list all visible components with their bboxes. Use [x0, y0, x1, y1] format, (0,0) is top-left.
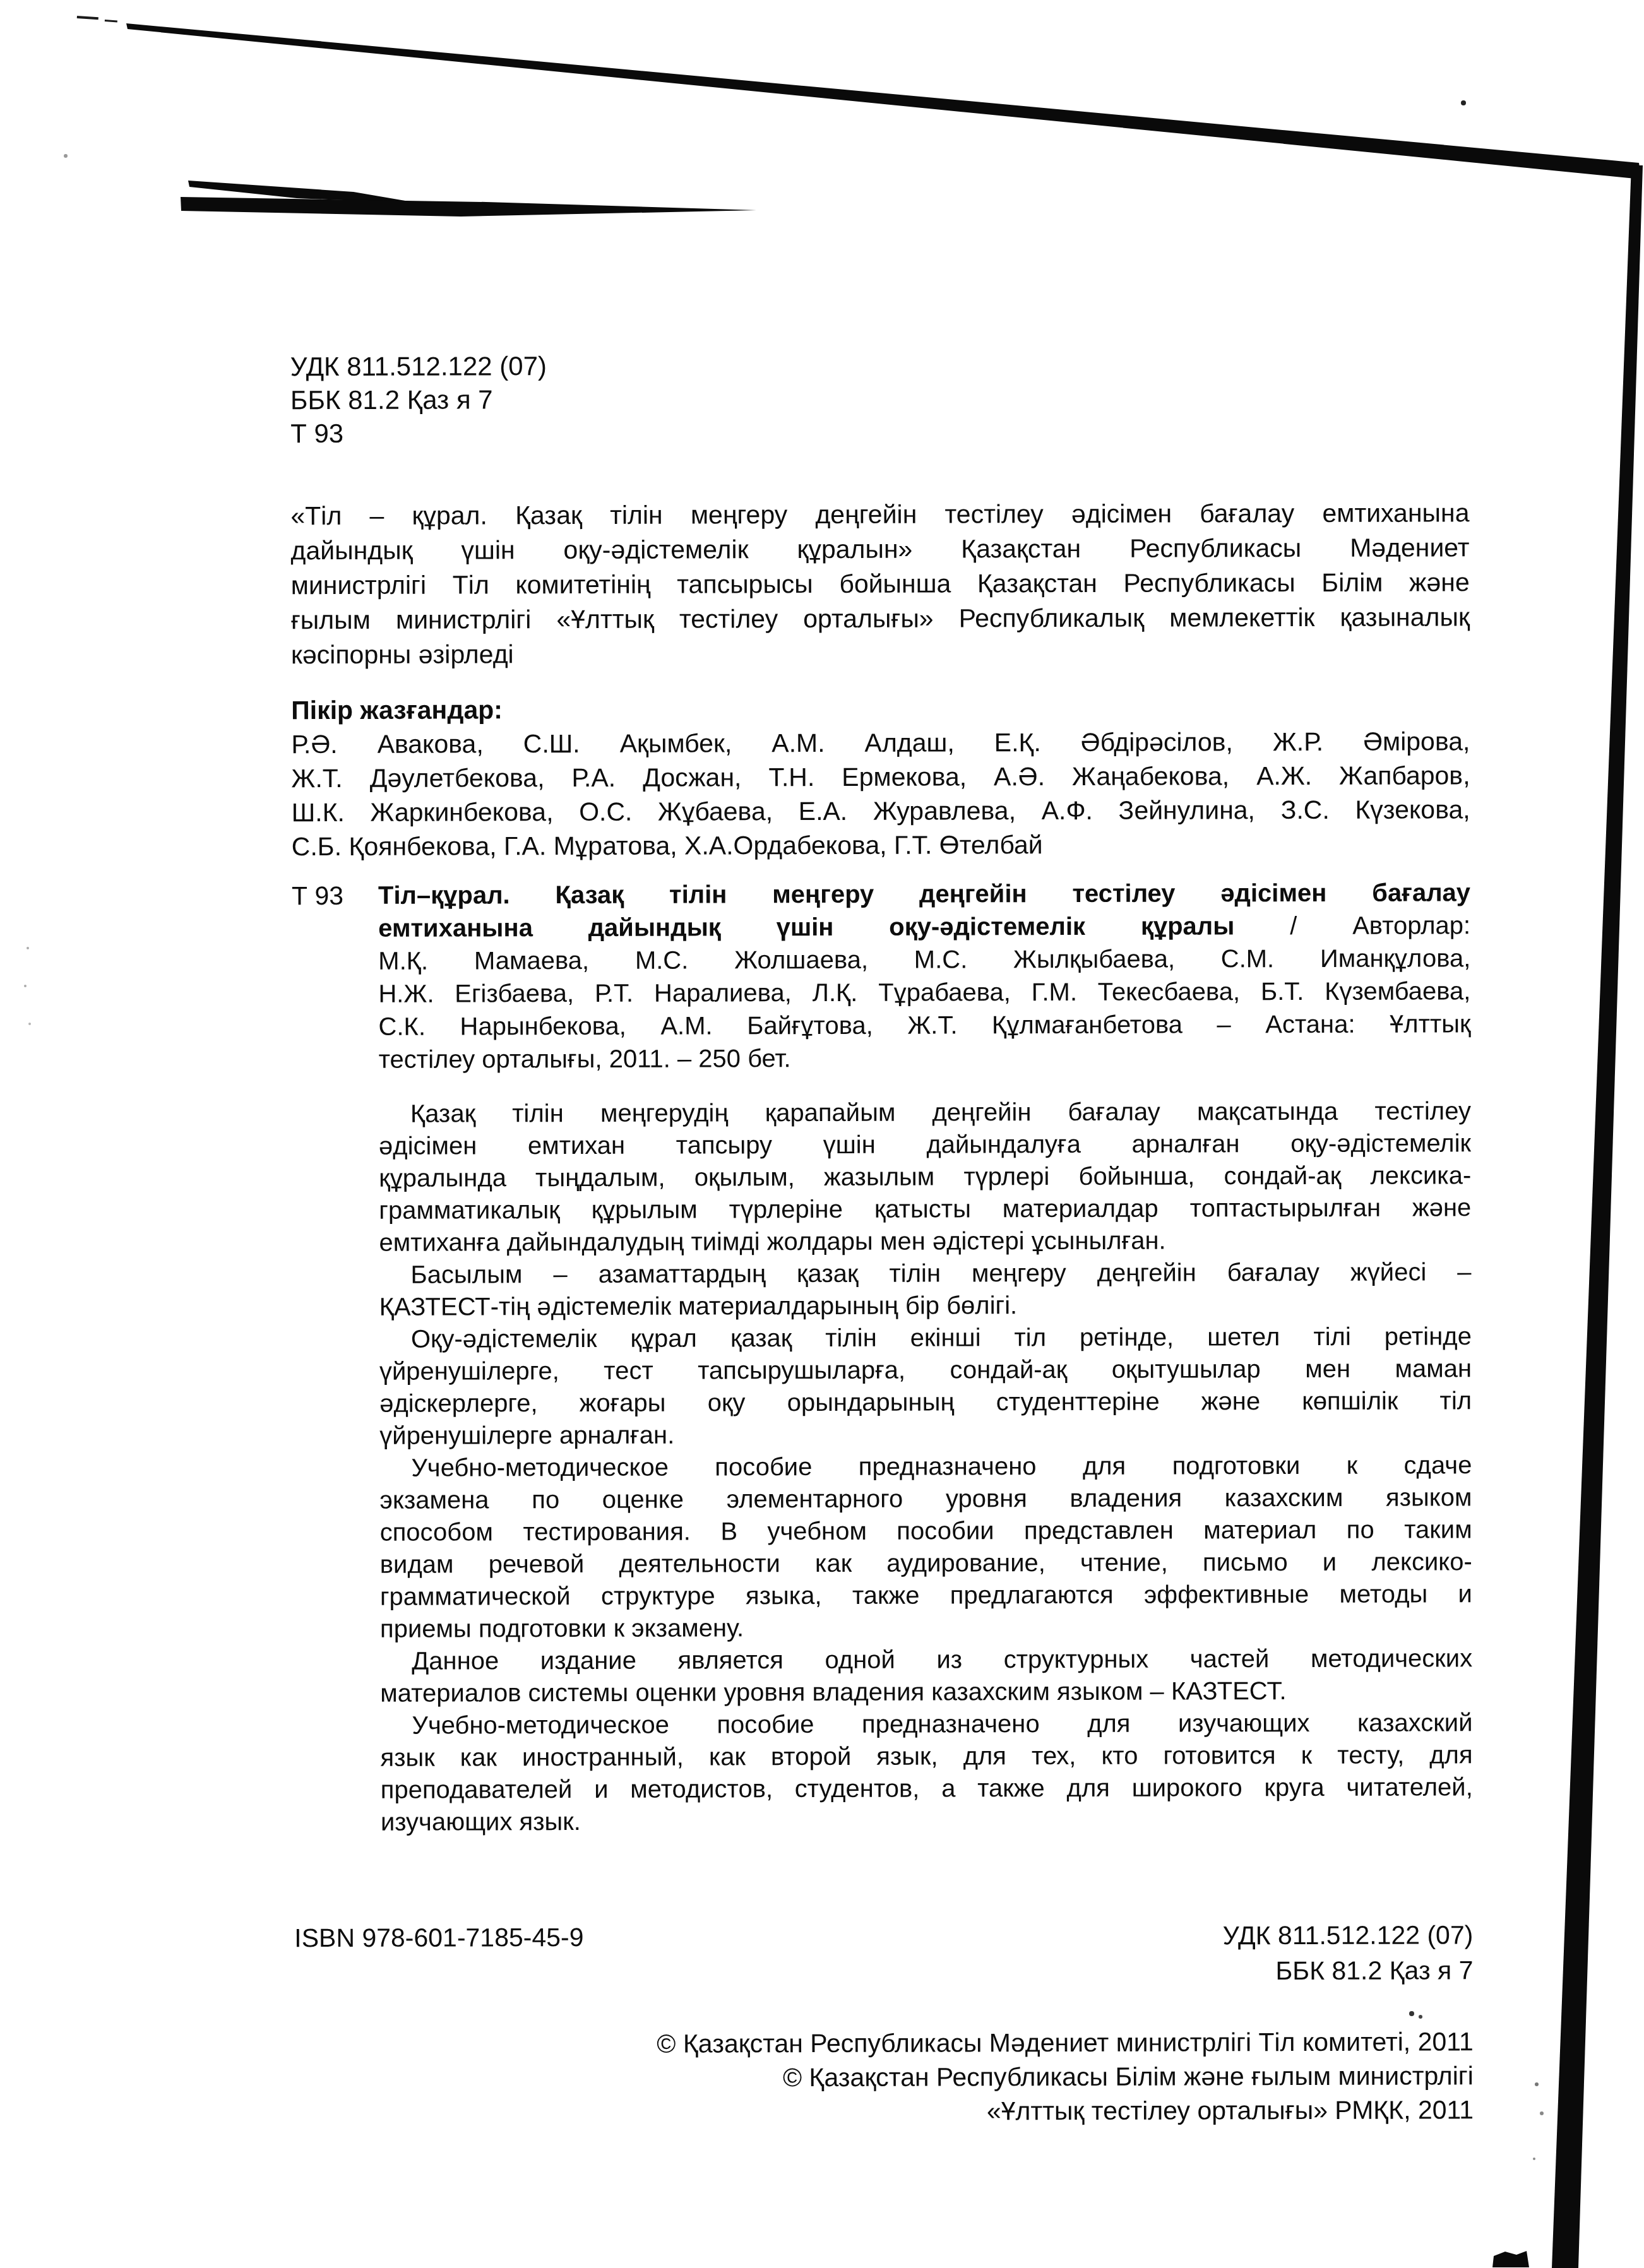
- annotation-line: әдісімен емтихан тапсыру үшін дайындалуғ…: [379, 1127, 1471, 1163]
- catalog-title-line: Тіл–құрал. Қазақ тілін меңгеру деңгейін …: [378, 876, 1470, 912]
- copyright-line: «Ұлттық тестілеу орталығы» РМҚК, 2011: [295, 2093, 1474, 2130]
- catalog-authors-line: М.Қ. Мамаева, М.С. Жолшаева, М.С. Жылқыб…: [378, 942, 1470, 978]
- annotation-line: емтиханға дайындалудың тиімді жолдары ме…: [379, 1224, 1471, 1259]
- catalog-authors-line: Н.Ж. Егізбаева, Р.Т. Наралиева, Л.Қ. Тұр…: [378, 975, 1470, 1011]
- annotation-line: приемы подготовки к экзамену.: [380, 1610, 1472, 1646]
- classification-codes: УДК 811.512.122 (07) ББК 81.2 Қаз я 7 Т …: [290, 349, 547, 450]
- annotation-paragraph-kazakh-1: Қазақ тілін меңгерудің қарапайым деңгейі…: [379, 1095, 1472, 1259]
- reviewer-line: С.Б. Қоянбекова, Г.А. Мұратова, Х.А.Орда…: [292, 826, 1470, 864]
- reviewer-line: Ш.К. Жаркинбекова, О.С. Жұбаева, Е.А. Жу…: [292, 792, 1470, 829]
- annotation-line: Данное издание является одной из структу…: [380, 1642, 1472, 1678]
- annotation-line: изучающих язык.: [381, 1803, 1473, 1839]
- bbk-code-footer: ББК 81.2 Қаз я 7: [294, 1952, 1473, 1991]
- udc-code-footer: УДК 811.512.122 (07): [1223, 1917, 1474, 1953]
- reviewers-heading: Пікір жазғандар:: [291, 690, 1470, 727]
- catalog-authors-label: / Авторлар:: [1290, 911, 1470, 940]
- annotation-line: грамматикалық құрылым түрлеріне қатысты …: [379, 1192, 1471, 1227]
- isbn: ISBN 978-601-7185-45-9: [294, 1920, 583, 1956]
- catalog-authors-line: тестілеу орталығы, 2011. – 250 бет.: [379, 1040, 1471, 1076]
- copyright-line: © Қазақстан Республикасы Білім және ғылы…: [295, 2058, 1474, 2096]
- copyright-block: © Қазақстан Республикасы Мәдениет минист…: [295, 2024, 1474, 2130]
- annotation-line: үйренушілерге, тест тапсырушыларға, сонд…: [379, 1353, 1472, 1388]
- imprint-line: министрлігі Тіл комитетінің тапсырысы бо…: [291, 565, 1470, 603]
- annotation-line: видам речевой деятельности как аудирован…: [380, 1546, 1472, 1581]
- scanned-page: УДК 811.512.122 (07) ББК 81.2 Қаз я 7 Т …: [0, 0, 1644, 2268]
- annotation-line: Қазақ тілін меңгерудің қарапайым деңгейі…: [379, 1095, 1471, 1131]
- imprint-line: кәсіпорны әзірледі: [291, 634, 1470, 672]
- catalog-authors-line: С.К. Нарынбекова, А.М. Байғұтова, Ж.Т. Қ…: [378, 1007, 1470, 1043]
- author-sign-code: Т 93: [290, 416, 547, 450]
- imprint-line: дайындық үшін оқу-әдістемелік құралын» Қ…: [291, 530, 1470, 568]
- udc-code: УДК 811.512.122 (07): [290, 349, 547, 383]
- catalog-entry: Тіл–құрал. Қазақ тілін меңгеру деңгейін …: [378, 876, 1471, 1076]
- annotation-line: Учебно-методическое пособие предназначен…: [379, 1449, 1472, 1485]
- annotation-paragraph-kazakh-2: Басылым – азаматтардың қазақ тілін меңге…: [379, 1256, 1472, 1324]
- bbk-code: ББК 81.2 Қаз я 7: [290, 383, 547, 417]
- imprint-line: «Тіл – құрал. Қазақ тілін меңгеру деңгей…: [290, 496, 1469, 533]
- text-layer: УДК 811.512.122 (07) ББК 81.2 Қаз я 7 Т …: [0, 0, 1644, 2268]
- annotation-paragraph-russian-1: Учебно-методическое пособие предназначен…: [379, 1449, 1472, 1646]
- reviewer-line: Ж.Т. Дәулетбекова, Р.А. Досжан, Т.Н. Ерм…: [291, 758, 1470, 795]
- annotation-line: грамматической структуре языка, также пр…: [380, 1578, 1472, 1613]
- annotation-line: язык как иностранный, как второй язык, д…: [381, 1739, 1473, 1774]
- annotation-paragraph-russian-2: Данное издание является одной из структу…: [380, 1642, 1472, 1710]
- annotation-line: құралында тыңдалым, оқылым, жазылым түрл…: [379, 1160, 1471, 1195]
- annotation-paragraph-kazakh-3: Оқу-әдістемелік құрал қазақ тілін екінші…: [379, 1321, 1472, 1452]
- annotation-block: Қазақ тілін меңгерудің қарапайым деңгейі…: [379, 1095, 1473, 1839]
- footer-codes: ISBN 978-601-7185-45-9 УДК 811.512.122 (…: [294, 1917, 1473, 1991]
- catalog-title-bold: емтиханына дайындық үшін оқу-әдістемелік…: [378, 912, 1234, 942]
- reviewer-line: Р.Ә. Авакова, С.Ш. Ақымбек, А.М. Алдаш, …: [291, 724, 1470, 761]
- catalog-title-line: емтиханына дайындық үшін оқу-әдістемелік…: [378, 909, 1470, 945]
- annotation-line: әдіскерлерге, жоғары оқу орындарының сту…: [379, 1385, 1472, 1420]
- imprint-line: ғылым министрлігі «Ұлттық тестілеу ортал…: [291, 600, 1470, 638]
- imprint-paragraph: «Тіл – құрал. Қазақ тілін меңгеру деңгей…: [290, 496, 1470, 672]
- annotation-line: способом тестирования. В учебном пособии…: [380, 1514, 1472, 1549]
- annotation-line: үйренушілерге арналған.: [379, 1417, 1472, 1452]
- annotation-line: экзамена по оценке элементарного уровня …: [379, 1481, 1472, 1517]
- annotation-line: Учебно-методическое пособие предназначен…: [380, 1707, 1472, 1742]
- annotation-line: преподавателей и методистов, студентов, …: [381, 1771, 1473, 1807]
- annotation-line: Оқу-әдістемелік құрал қазақ тілін екінші…: [379, 1321, 1472, 1356]
- copyright-line: © Қазақстан Республикасы Мәдениет минист…: [295, 2024, 1474, 2062]
- annotation-line: Басылым – азаматтардың қазақ тілін меңге…: [379, 1256, 1472, 1291]
- annotation-line: материалов системы оценки уровня владени…: [380, 1675, 1472, 1710]
- catalog-entry-label: Т 93: [292, 879, 343, 912]
- reviewers-section: Пікір жазғандар: Р.Ә. Авакова, С.Ш. Ақым…: [291, 690, 1470, 864]
- isbn-udc-row: ISBN 978-601-7185-45-9 УДК 811.512.122 (…: [294, 1917, 1473, 1956]
- annotation-paragraph-russian-3: Учебно-методическое пособие предназначен…: [380, 1707, 1473, 1839]
- annotation-line: ҚАЗТЕСТ-тің әдістемелік материалдарының …: [379, 1288, 1472, 1324]
